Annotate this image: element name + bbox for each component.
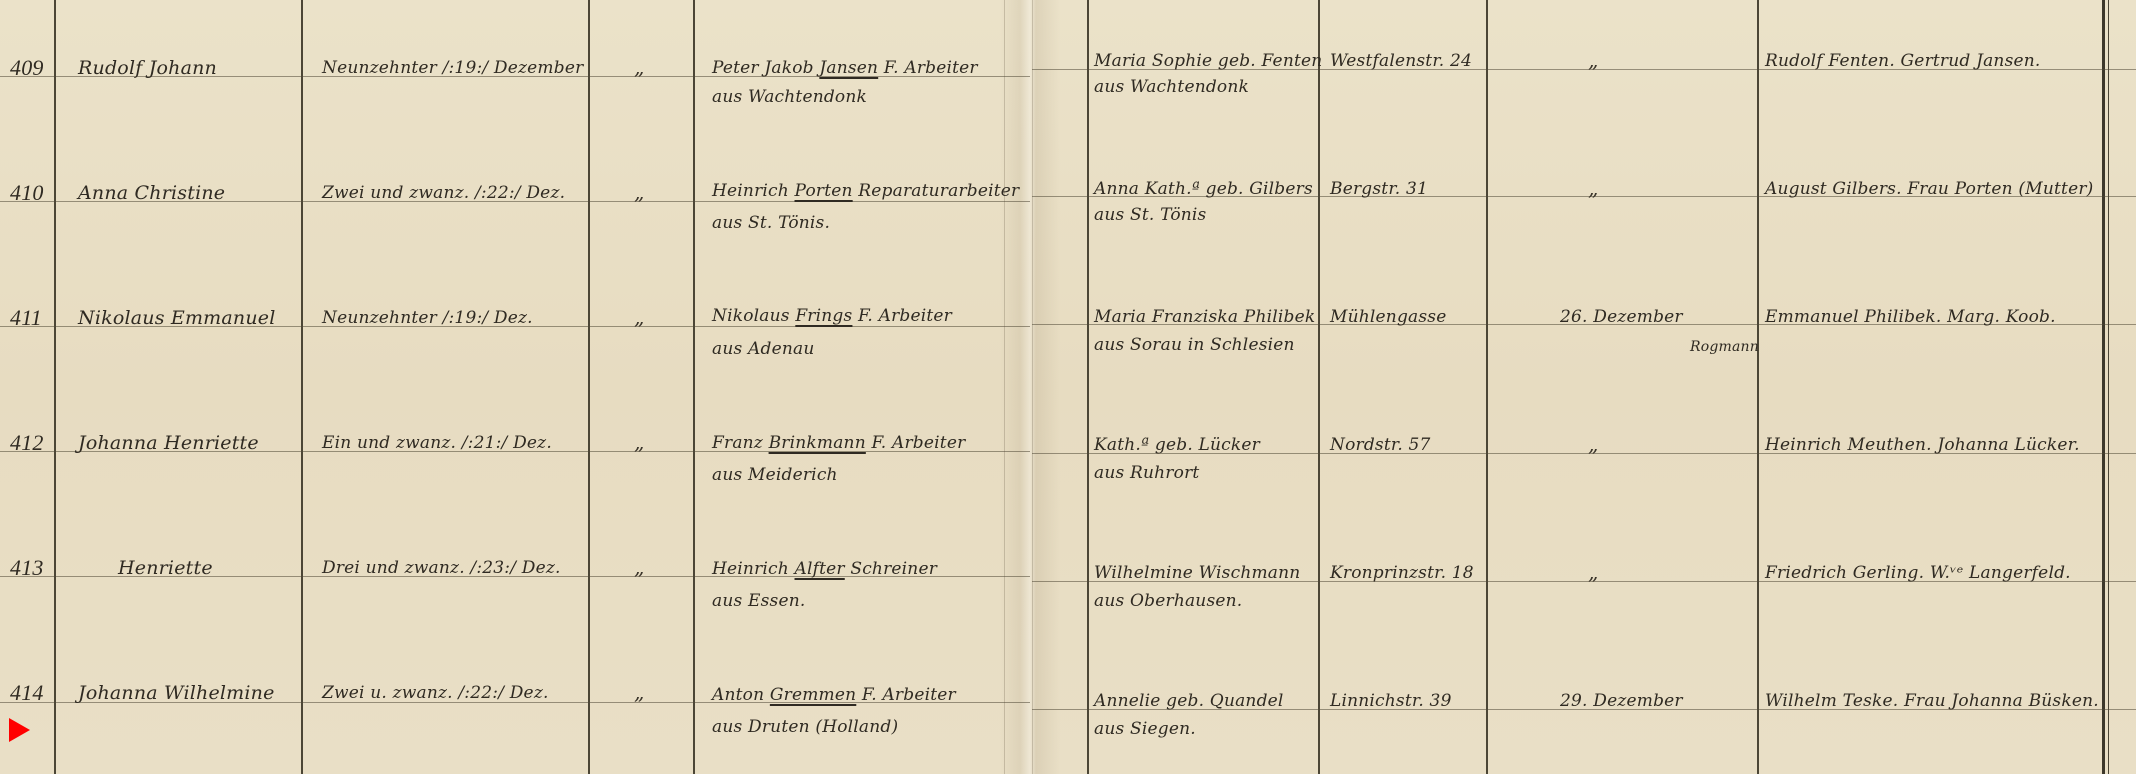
birth-date: Neunzehnter /:19:/ Dezember (322, 55, 583, 81)
godparents: Wilhelm Teske. Frau Johanna Büsken. (1765, 688, 2099, 714)
current-row-marker-icon (9, 718, 30, 742)
father: Heinrich Alfter Schreiner (712, 556, 937, 582)
register-page-spread: 409 Rudolf Johann Neunzehnter /:19:/ Dez… (0, 0, 2136, 774)
given-names: Nikolaus Emmanuel (78, 305, 276, 331)
mother-origin: aus Sorau in Schlesien (1094, 332, 1295, 358)
ditto-mark: „ (634, 430, 644, 454)
ruling-right-border-2 (2108, 0, 2109, 774)
father-occupation: F. Arbeiter (884, 58, 978, 78)
father-surname: Brinkmann (769, 433, 866, 453)
book-spine (1032, 0, 1033, 774)
baptism-date: „ (1588, 432, 1598, 456)
birth-date: Zwei und zwanz. /:22:/ Dez. (322, 180, 565, 206)
father-origin: aus Druten (Holland) (712, 714, 898, 740)
father-origin: aus Adenau (712, 336, 814, 362)
birth-date: Neunzehnter /:19:/ Dez. (322, 305, 533, 331)
ditto-mark: „ (634, 180, 644, 204)
ditto-mark: „ (634, 305, 644, 329)
father-given-name: Nikolaus (712, 306, 790, 326)
mother-origin: aus St. Tönis (1094, 202, 1206, 228)
father-origin: aus St. Tönis. (712, 210, 830, 236)
entry-number: 414 (10, 680, 44, 706)
father: Franz Brinkmann F. Arbeiter (712, 430, 965, 456)
mother: Annelie geb. Quandel (1094, 688, 1284, 714)
mother: Maria Sophie geb. Fenten (1094, 48, 1322, 74)
father-given-name: Anton (712, 685, 764, 705)
mother: Anna Kath.ª geb. Gilbers (1094, 176, 1313, 202)
father-surname: Frings (795, 306, 852, 326)
mother: Kath.ª geb. Lücker (1094, 432, 1260, 458)
mother-origin: aus Ruhrort (1094, 460, 1199, 486)
father-occupation: F. Arbeiter (871, 433, 965, 453)
given-names: Henriette (118, 555, 213, 581)
entry-number: 409 (10, 55, 44, 81)
father-given-name: Peter Jakob (712, 58, 814, 78)
baptism-date: „ (1588, 560, 1598, 584)
father-origin: aus Wachtendonk (712, 84, 867, 110)
mother: Wilhelmine Wischmann (1094, 560, 1300, 586)
baptism-date: „ (1588, 48, 1598, 72)
father-occupation: F. Arbeiter (862, 685, 956, 705)
given-names: Johanna Wilhelmine (78, 680, 275, 706)
ruling-col-names (301, 0, 303, 774)
ruling-col-number (54, 0, 56, 774)
ditto-mark: „ (634, 680, 644, 704)
ruling-col-residence (1318, 0, 1320, 774)
father-origin: aus Essen. (712, 588, 805, 614)
baptism-note: Rogmann (1690, 334, 1759, 360)
father-given-name: Heinrich (712, 181, 789, 201)
ditto-mark: „ (634, 555, 644, 579)
ruling-col-ditto (693, 0, 695, 774)
mother: Maria Franziska Philibek (1094, 304, 1315, 330)
residence: Kronprinzstr. 18 (1330, 560, 1474, 586)
entry-number: 412 (10, 430, 44, 456)
father-surname: Gremmen (770, 685, 856, 705)
ruling-col-baptism (1486, 0, 1488, 774)
birth-date: Ein und zwanz. /:21:/ Dez. (322, 430, 552, 456)
father-surname: Jansen (819, 58, 878, 78)
residence: Bergstr. 31 (1330, 176, 1428, 202)
entry-number: 411 (10, 305, 42, 331)
ruling-right-border (2102, 0, 2105, 774)
godparents: Friedrich Gerling. W.ᵛᵉ Langerfeld. (1765, 560, 2071, 586)
entry-number: 410 (10, 180, 44, 206)
mother-origin: aus Wachtendonk (1094, 74, 1249, 100)
father-surname: Porten (795, 181, 853, 201)
godparents: August Gilbers. Frau Porten (Mutter) (1765, 176, 2094, 202)
birth-date: Drei und zwanz. /:23:/ Dez. (322, 555, 561, 581)
father-surname: Alfter (795, 559, 845, 579)
birth-date: Zwei u. zwanz. /:22:/ Dez. (322, 680, 549, 706)
baptism-date: 29. Dezember (1560, 688, 1683, 714)
father-occupation: F. Arbeiter (858, 306, 952, 326)
ruling-col-godparents (1757, 0, 1759, 774)
residence: Linnichstr. 39 (1330, 688, 1452, 714)
baptism-date: „ (1588, 176, 1598, 200)
godparents: Heinrich Meuthen. Johanna Lücker. (1765, 432, 2080, 458)
ditto-mark: „ (634, 55, 644, 79)
ruling-col-birthdate (588, 0, 590, 774)
given-names: Anna Christine (78, 180, 225, 206)
father: Peter Jakob Jansen F. Arbeiter (712, 55, 978, 81)
ruling-faint-left (1004, 0, 1005, 774)
given-names: Rudolf Johann (78, 55, 217, 81)
mother-origin: aus Oberhausen. (1094, 588, 1242, 614)
father-origin: aus Meiderich (712, 462, 838, 488)
residence: Mühlengasse (1330, 304, 1446, 330)
father-given-name: Heinrich (712, 559, 789, 579)
baptism-date: 26. Dezember (1560, 304, 1683, 330)
entry-number: 413 (10, 555, 44, 581)
given-names: Johanna Henriette (78, 430, 259, 456)
mother-origin: aus Siegen. (1094, 716, 1196, 742)
father: Nikolaus Frings F. Arbeiter (712, 303, 952, 329)
godparents: Emmanuel Philibek. Marg. Koob. (1765, 304, 2056, 330)
father-given-name: Franz (712, 433, 763, 453)
ruling-col-mother (1087, 0, 1089, 774)
father: Anton Gremmen F. Arbeiter (712, 682, 956, 708)
residence: Nordstr. 57 (1330, 432, 1431, 458)
residence: Westfalenstr. 24 (1330, 48, 1472, 74)
father-occupation: Reparaturarbeiter (858, 181, 1019, 201)
father-occupation: Schreiner (850, 559, 937, 579)
godparents: Rudolf Fenten. Gertrud Jansen. (1765, 48, 2041, 74)
father: Heinrich Porten Reparaturarbeiter (712, 178, 1019, 204)
